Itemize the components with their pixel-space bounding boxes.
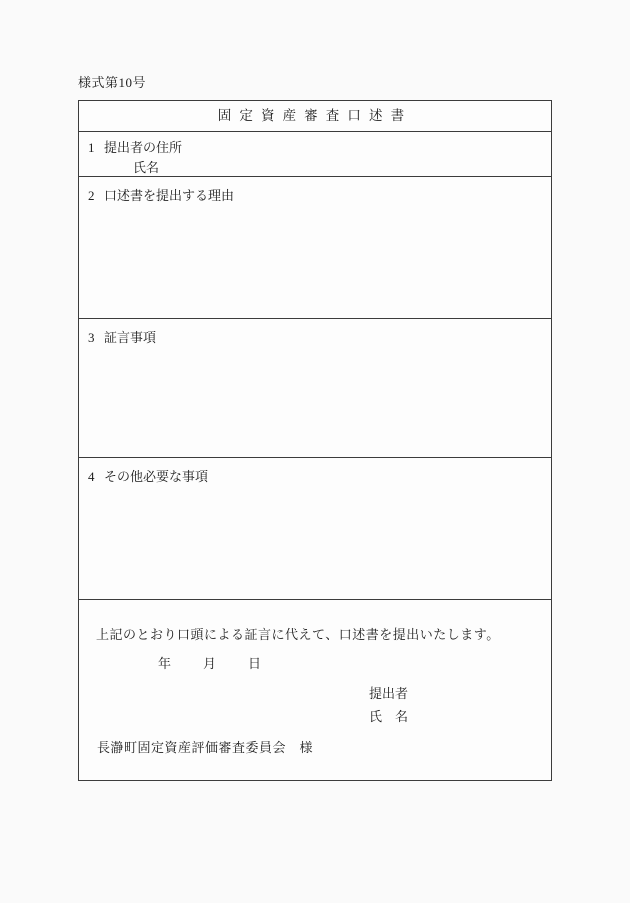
form-table: 固定資産審査口述書 1提出者の住所 氏名 2口述書を提出する理由 3証言事項 4…	[78, 100, 552, 781]
form-title: 固定資産審査口述書	[218, 109, 412, 123]
form-number-label: 様式第10号	[78, 76, 146, 89]
row-sublabel: 氏名	[88, 158, 541, 178]
footer-addressee: 長瀞町固定資産評価審査委員会 様	[97, 741, 313, 754]
row-label: 提出者の住所	[104, 140, 182, 155]
row-label: 証言事項	[104, 330, 156, 345]
section-row-other: 4その他必要な事項	[79, 458, 551, 600]
footer-name-label: 氏 名	[369, 710, 408, 723]
row-number: 1	[88, 138, 104, 158]
document-page: 様式第10号 固定資産審査口述書 1提出者の住所 氏名 2口述書を提出する理由 …	[0, 0, 630, 903]
row-heading: 2口述書を提出する理由	[88, 189, 541, 202]
row-number: 4	[88, 470, 104, 483]
row-label: 口述書を提出する理由	[104, 188, 234, 203]
row-heading: 3証言事項	[88, 331, 541, 344]
footer-submitter-label: 提出者	[369, 687, 408, 700]
row-heading: 4その他必要な事項	[88, 470, 541, 483]
section-row-submitter: 1提出者の住所 氏名	[79, 132, 551, 177]
row-heading: 1提出者の住所	[88, 138, 541, 158]
row-number: 3	[88, 331, 104, 344]
footer-statement: 上記のとおり口頭による証言に代えて、口述書を提出いたします。	[96, 628, 500, 641]
row-label: その他必要な事項	[104, 469, 208, 484]
section-row-reason: 2口述書を提出する理由	[79, 177, 551, 319]
footer-section: 上記のとおり口頭による証言に代えて、口述書を提出いたします。 年 月 日 提出者…	[79, 600, 551, 780]
footer-date-line: 年 月 日	[158, 657, 263, 670]
form-title-row: 固定資産審査口述書	[79, 101, 551, 132]
row-number: 2	[88, 189, 104, 202]
section-row-testimony: 3証言事項	[79, 319, 551, 458]
